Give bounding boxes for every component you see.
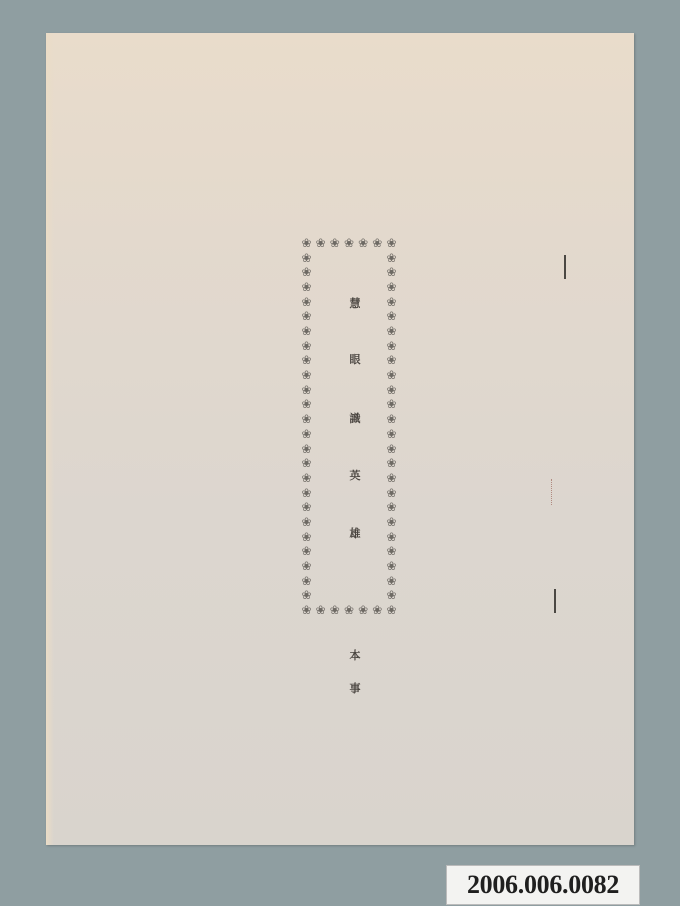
flower-icon: ❀	[300, 340, 313, 353]
flower-icon: ❀	[328, 237, 341, 250]
flower-icon: ❀	[300, 266, 313, 279]
title-char-3: 識	[346, 410, 364, 426]
flower-icon: ❀	[300, 501, 313, 514]
flower-icon: ❀	[300, 575, 313, 588]
flower-icon: ❀	[300, 384, 313, 397]
title-char-1: 慧	[346, 295, 364, 311]
flower-icon: ❀	[300, 252, 313, 265]
binding-mark-top	[564, 255, 566, 279]
flower-icon: ❀	[300, 296, 313, 309]
flower-icon: ❀	[385, 428, 398, 441]
flower-icon: ❀	[385, 310, 398, 323]
flower-icon: ❀	[385, 384, 398, 397]
flower-icon: ❀	[371, 604, 384, 617]
subtitle-char-1: 本	[346, 647, 364, 663]
flower-icon: ❀	[300, 428, 313, 441]
flower-icon: ❀	[385, 369, 398, 382]
flower-icon: ❀	[328, 604, 341, 617]
flower-icon: ❀	[300, 413, 313, 426]
flower-icon: ❀	[357, 237, 370, 250]
flower-icon: ❀	[385, 472, 398, 485]
flower-icon: ❀	[385, 516, 398, 529]
flower-icon: ❀	[300, 325, 313, 338]
flower-icon: ❀	[385, 560, 398, 573]
flower-icon: ❀	[385, 266, 398, 279]
flower-icon: ❀	[385, 457, 398, 470]
flower-icon: ❀	[385, 545, 398, 558]
flower-icon: ❀	[385, 237, 398, 250]
flower-icon: ❀	[385, 589, 398, 602]
title-char-4: 英	[346, 467, 364, 483]
flower-icon: ❀	[314, 604, 327, 617]
flower-icon: ❀	[300, 516, 313, 529]
flower-icon: ❀	[385, 296, 398, 309]
flower-icon: ❀	[357, 604, 370, 617]
flower-icon: ❀	[300, 487, 313, 500]
flower-icon: ❀	[300, 443, 313, 456]
flower-icon: ❀	[300, 457, 313, 470]
flower-border-frame: ❀❀❀❀❀❀❀❀❀❀❀❀❀❀❀❀❀❀❀❀❀❀❀❀❀❀❀❀❀❀❀❀❀❀❀❀❀❀❀❀…	[300, 237, 398, 617]
accession-number-label: 2006.006.0082	[446, 865, 640, 905]
flower-icon: ❀	[385, 281, 398, 294]
flower-icon: ❀	[300, 398, 313, 411]
flower-icon: ❀	[300, 237, 313, 250]
title-char-5: 雄	[346, 525, 364, 541]
flower-icon: ❀	[300, 310, 313, 323]
flower-icon: ❀	[385, 575, 398, 588]
flower-icon: ❀	[385, 604, 398, 617]
flower-icon: ❀	[385, 340, 398, 353]
flower-icon: ❀	[385, 398, 398, 411]
document-page: ❀❀❀❀❀❀❀❀❀❀❀❀❀❀❀❀❀❀❀❀❀❀❀❀❀❀❀❀❀❀❀❀❀❀❀❀❀❀❀❀…	[46, 33, 634, 845]
flower-icon: ❀	[343, 604, 356, 617]
subtitle-char-2: 事	[346, 680, 364, 696]
flower-icon: ❀	[300, 589, 313, 602]
flower-icon: ❀	[300, 472, 313, 485]
flower-icon: ❀	[300, 545, 313, 558]
title-char-2: 眼	[346, 351, 364, 367]
flower-icon: ❀	[371, 237, 384, 250]
binding-mark-bottom	[554, 589, 556, 613]
flower-icon: ❀	[343, 237, 356, 250]
flower-icon: ❀	[300, 354, 313, 367]
binding-mark-middle	[551, 479, 553, 505]
flower-icon: ❀	[385, 487, 398, 500]
flower-icon: ❀	[300, 604, 313, 617]
flower-icon: ❀	[385, 354, 398, 367]
flower-icon: ❀	[385, 325, 398, 338]
flower-icon: ❀	[300, 281, 313, 294]
flower-icon: ❀	[385, 501, 398, 514]
flower-icon: ❀	[385, 413, 398, 426]
flower-icon: ❀	[314, 237, 327, 250]
flower-icon: ❀	[300, 369, 313, 382]
flower-icon: ❀	[300, 531, 313, 544]
flower-icon: ❀	[385, 531, 398, 544]
flower-icon: ❀	[385, 443, 398, 456]
flower-icon: ❀	[300, 560, 313, 573]
flower-icon: ❀	[385, 252, 398, 265]
